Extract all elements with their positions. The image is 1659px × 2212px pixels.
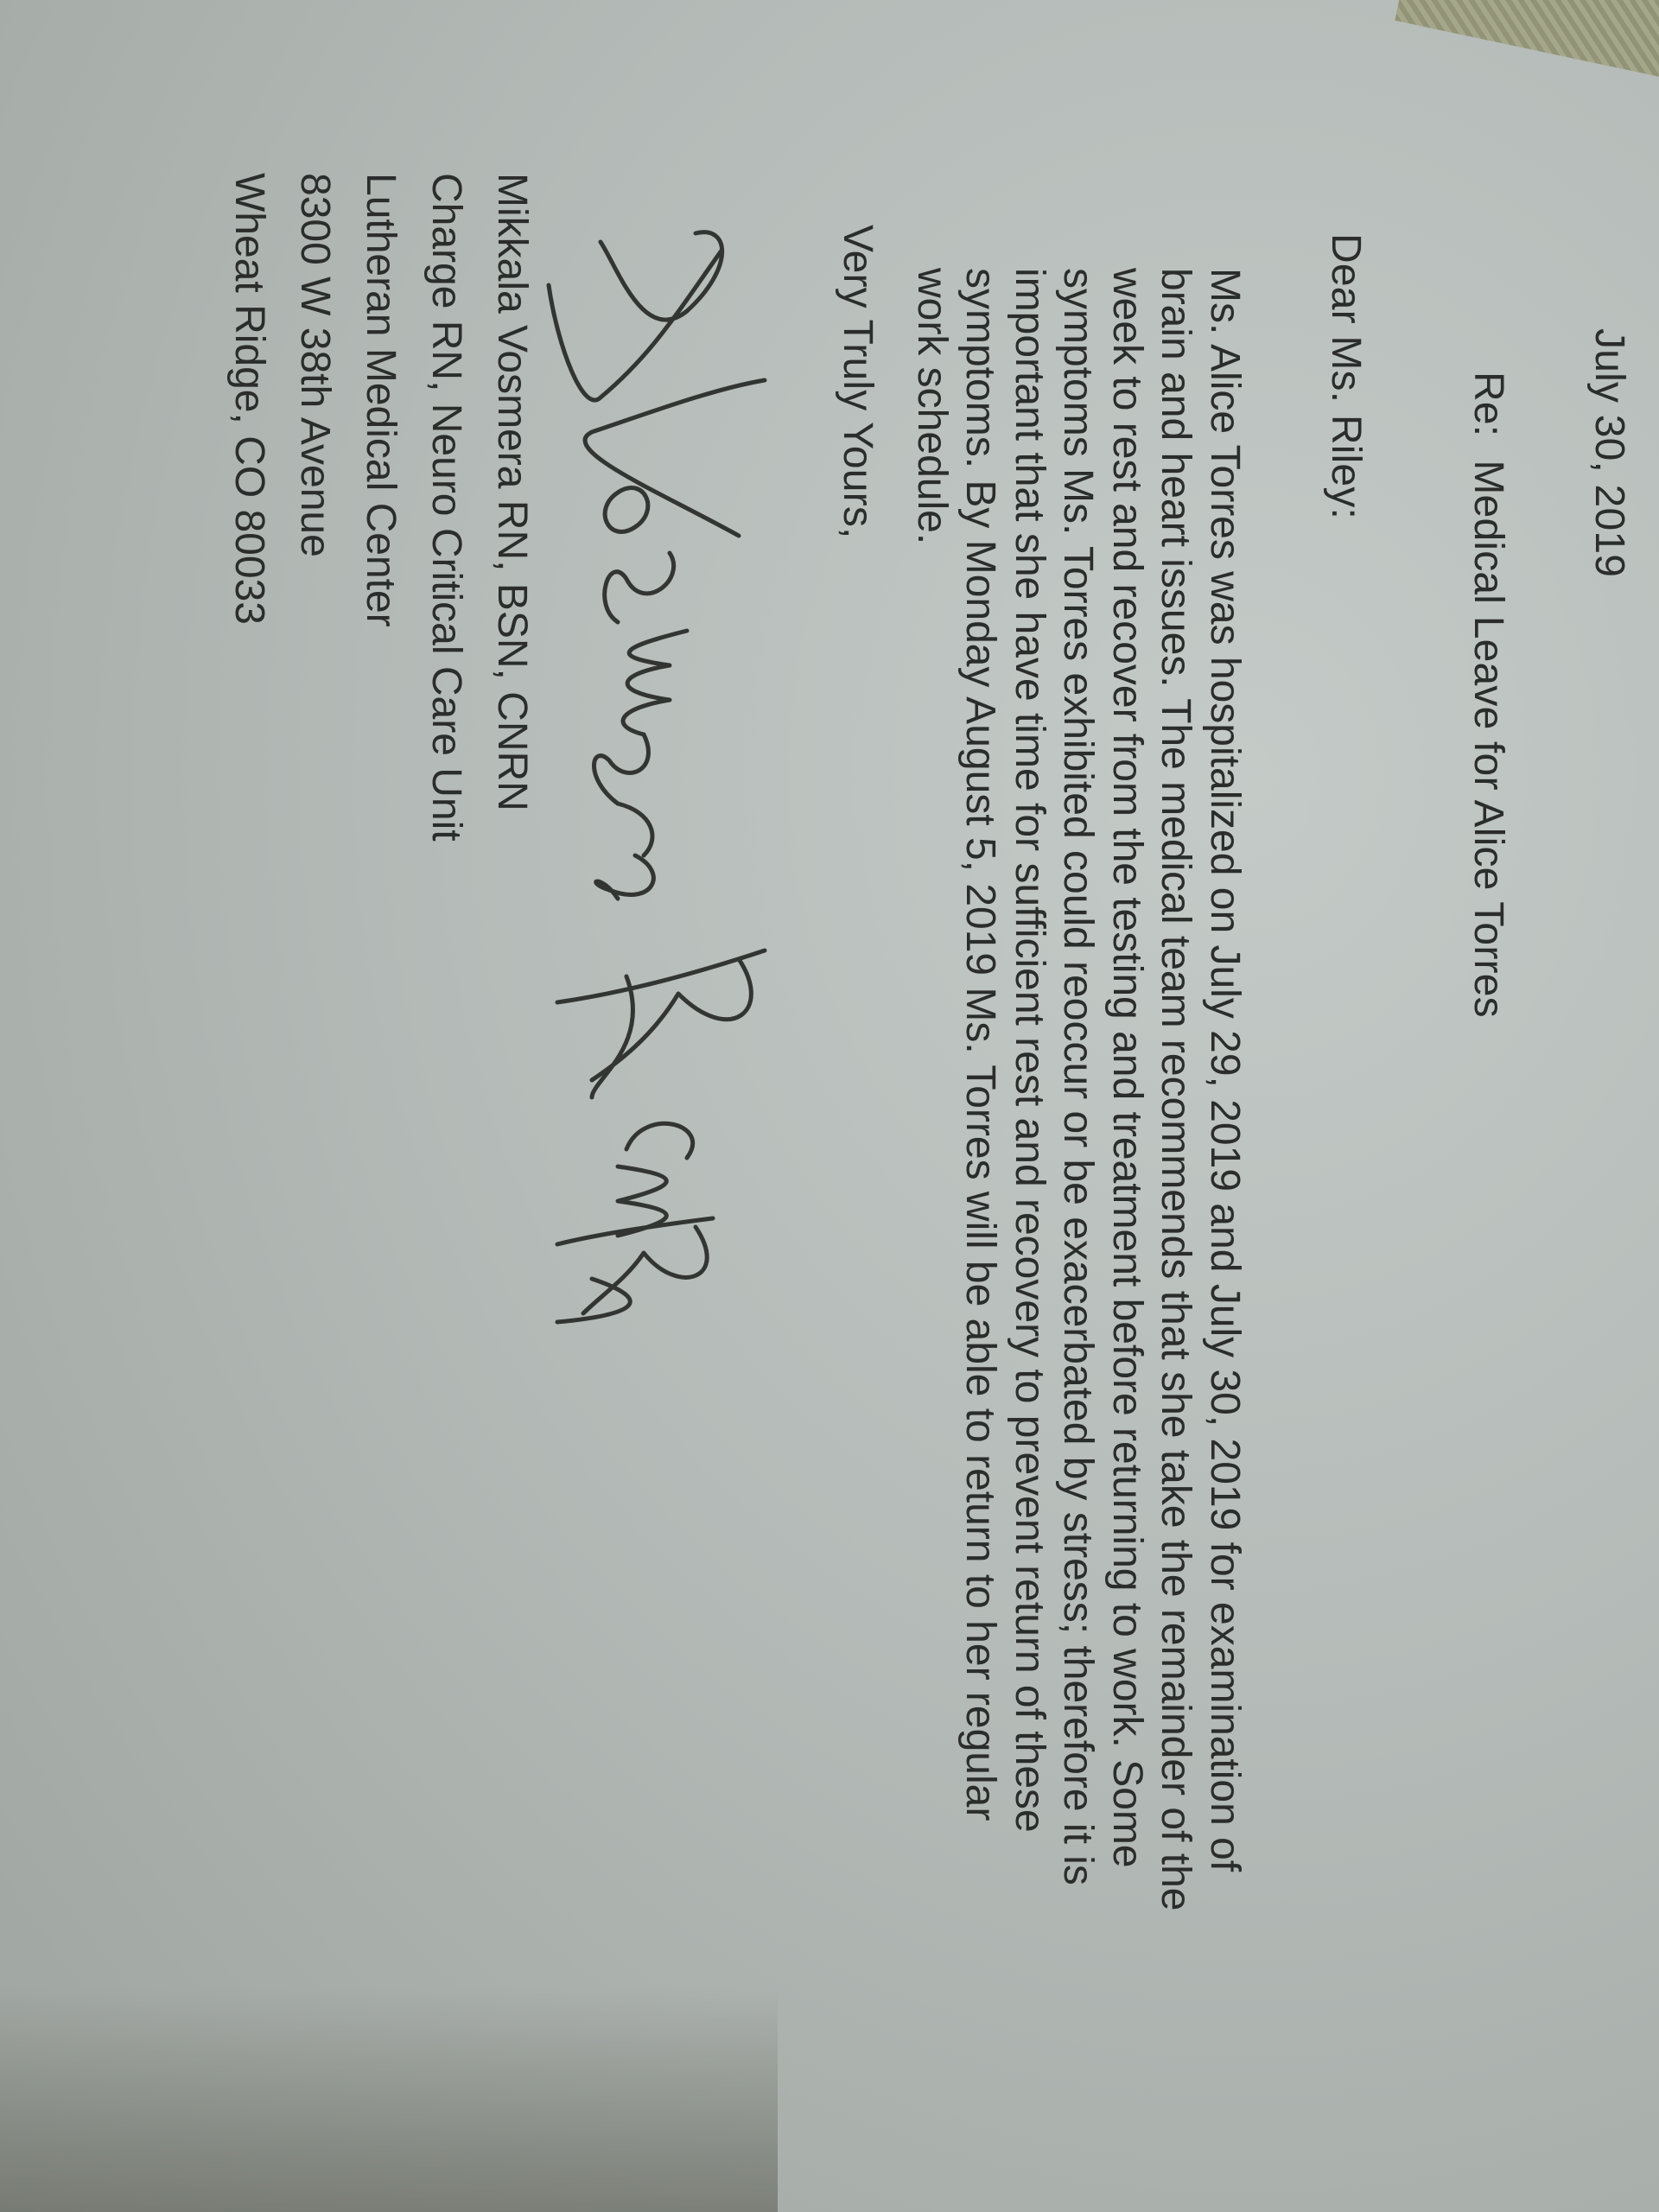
signer-city-state-zip: Wheat Ridge, CO 80033 — [216, 173, 282, 842]
body-line: symptoms Ms. Torres exhibited could reoc… — [1053, 268, 1103, 1910]
handwritten-signature: MVosmera RN CNRN — [505, 216, 817, 1339]
body-line: symptoms. By Monday August 5, 2019 Ms. T… — [956, 268, 1005, 1910]
re-label: Re: — [1465, 372, 1511, 436]
body-line: brain and heart issues. The medical team… — [1151, 268, 1200, 1910]
photo-background: July 30, 2019 Re: Medical Leave for Alic… — [0, 0, 1659, 2212]
body-line: work schedule. — [907, 268, 957, 1910]
signer-name: Mikkala Vosmera RN, BSN, CNRN — [479, 173, 544, 842]
signer-street: 8300 W 38th Avenue — [282, 173, 347, 842]
signature-block: Mikkala Vosmera RN, BSN, CNRN Charge RN,… — [216, 173, 544, 842]
closing: Very Truly Yours, — [833, 225, 881, 539]
signer-organization: Lutheran Medical Center — [347, 173, 413, 842]
body-line: week to rest and recover from the testin… — [1103, 268, 1152, 1910]
subject-line: Re: Medical Leave for Alice Torres — [1464, 372, 1512, 1018]
salutation: Dear Ms. Riley: — [1321, 233, 1370, 519]
body-line: Ms. Alice Torres was hospitalized on Jul… — [1200, 268, 1249, 1910]
body-line: important that she have time for suffici… — [1005, 268, 1054, 1910]
signer-title: Charge RN, Neuro Critical Care Unit — [413, 173, 479, 842]
letter-body: Ms. Alice Torres was hospitalized on Jul… — [907, 268, 1249, 1910]
re-subject: Medical Leave for Alice Torres — [1465, 460, 1511, 1017]
letter-page: July 30, 2019 Re: Medical Leave for Alic… — [138, 0, 1659, 2108]
letter-date: July 30, 2019 — [1585, 328, 1633, 577]
